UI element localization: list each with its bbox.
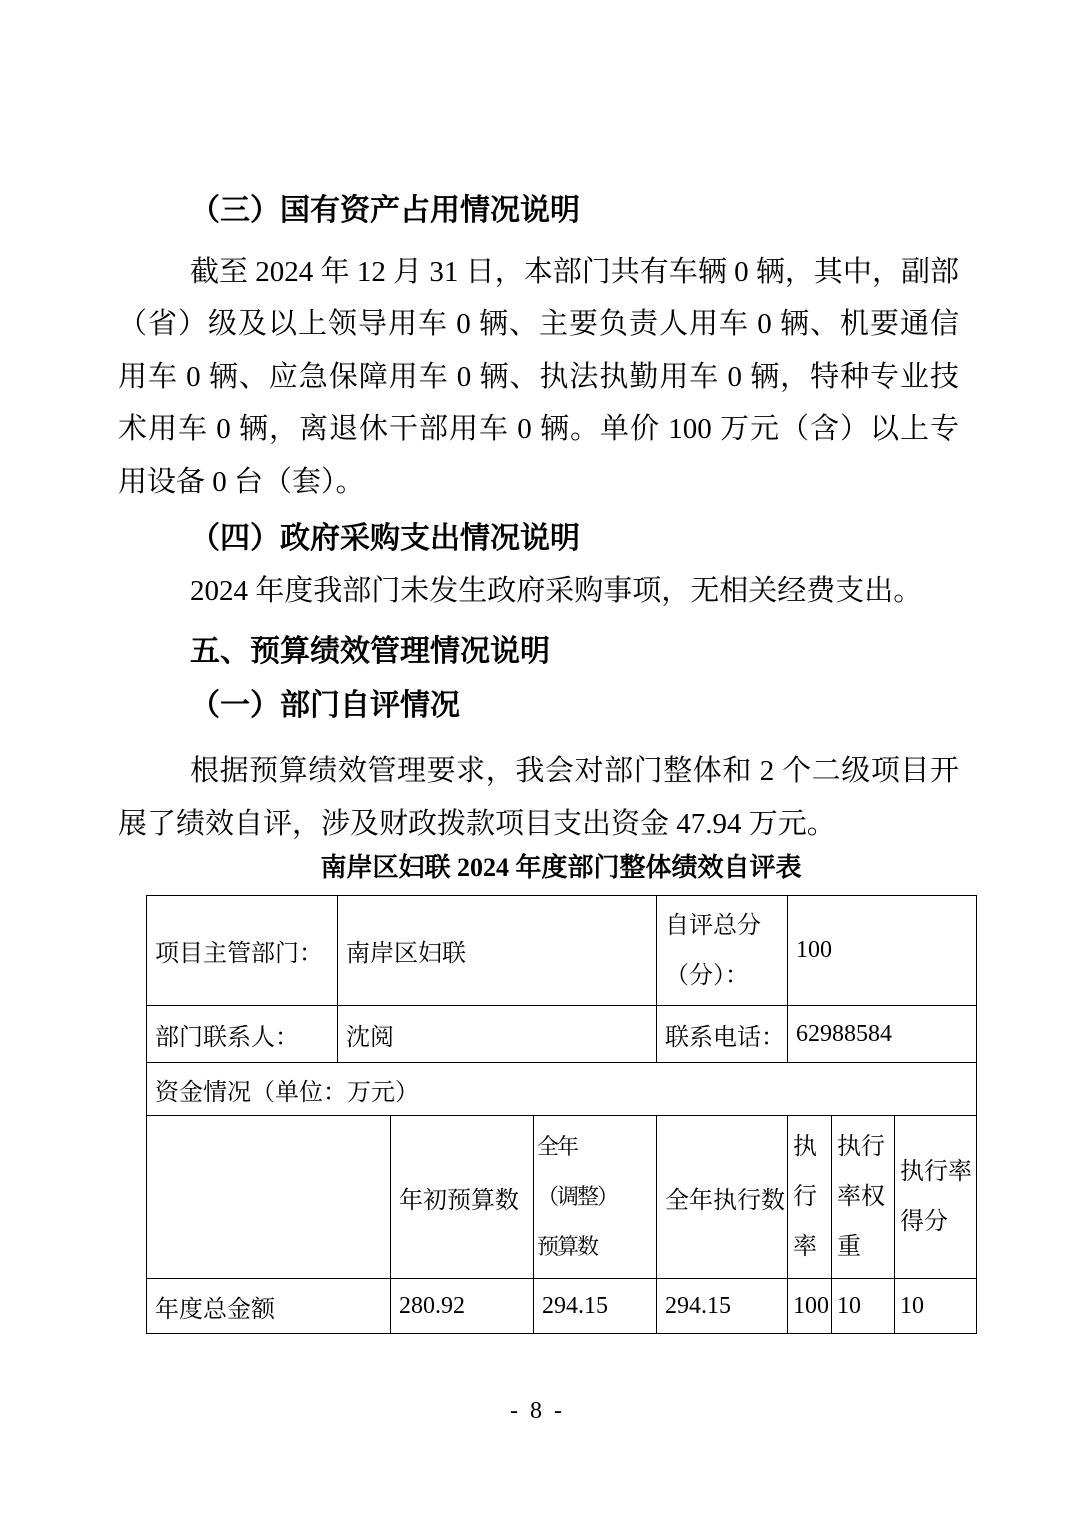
table-data-row: 年度总金额 280.92 294.15 294.15 100 10 10 <box>147 1279 977 1334</box>
self-evaluation-table: 项目主管部门： 南岸区妇联 自评总分 （分）： 100 部门联系人： 沈阅 联系… <box>146 895 977 1334</box>
paragraph-1-line-2: （省）级及以上领导用车 0 辆、主要负责人用车 0 辆、机要通信 <box>118 298 959 351</box>
paragraph-1-line-5: 用设备 0 台（套）。 <box>118 456 959 509</box>
annual-execution-rate: 100 <box>788 1279 832 1334</box>
table-header-row: 年初预算数 全年（调整） 预算数 全年执行数 执 行 率 执行 率权 重 执行率… <box>147 1116 977 1279</box>
header-execution-rate: 执 行 率 <box>788 1116 832 1279</box>
table-title: 南岸区妇联 2024 年度部门整体绩效自评表 <box>146 846 976 890</box>
paragraph-2-line-1: 2024 年度我部门未发生政府采购事项，无相关经费支出。 <box>118 565 959 618</box>
paragraph-1-line-3: 用车 0 辆、应急保障用车 0 辆、执法执勤用车 0 辆，特种专业技 <box>118 351 959 404</box>
phone-value: 62988584 <box>788 1006 977 1063</box>
self-score-label: 自评总分 （分）： <box>657 896 788 1006</box>
heading-section-3: （三）国有资产占用情况说明 <box>118 185 959 238</box>
body-text-column: （三）国有资产占用情况说明 截至 2024 年 12 月 31 日，本部门共有车… <box>118 185 959 850</box>
phone-label: 联系电话： <box>657 1006 788 1063</box>
table-row: 部门联系人： 沈阅 联系电话： 62988584 <box>147 1006 977 1063</box>
header-rate-weight: 执行 率权 重 <box>832 1116 895 1279</box>
header-rate-score: 执行率 得分 <box>895 1116 977 1279</box>
paragraph-3-line-2: 展了绩效自评，涉及财政拨款项目支出资金 47.94 万元。 <box>118 798 959 851</box>
annual-rate-weight: 10 <box>832 1279 895 1334</box>
contact-person-value: 沈阅 <box>338 1006 657 1063</box>
supervisor-dept-label: 项目主管部门： <box>147 896 338 1006</box>
heading-section-5: 五、预算绩效管理情况说明 <box>118 626 959 679</box>
paragraph-1-line-1: 截至 2024 年 12 月 31 日，本部门共有车辆 0 辆，其中，副部 <box>118 246 959 299</box>
annual-total-label: 年度总金额 <box>147 1279 391 1334</box>
self-score-value: 100 <box>788 896 977 1006</box>
heading-section-4: （四）政府采购支出情况说明 <box>118 513 959 566</box>
contact-person-label: 部门联系人： <box>147 1006 338 1063</box>
document-page: （三）国有资产占用情况说明 截至 2024 年 12 月 31 日，本部门共有车… <box>0 0 1075 1520</box>
supervisor-dept-value: 南岸区妇联 <box>338 896 657 1006</box>
heading-section-5-1: （一）部门自评情况 <box>118 680 959 733</box>
funds-section-label: 资金情况（单位：万元） <box>147 1063 977 1116</box>
table-row: 资金情况（单位：万元） <box>147 1063 977 1116</box>
header-empty-cell <box>147 1116 391 1279</box>
header-executed: 全年执行数 <box>657 1116 788 1279</box>
annual-adjusted-budget: 294.15 <box>534 1279 657 1334</box>
annual-rate-score: 10 <box>895 1279 977 1334</box>
annual-executed: 294.15 <box>657 1279 788 1334</box>
annual-initial-budget: 280.92 <box>391 1279 534 1334</box>
header-initial-budget: 年初预算数 <box>391 1116 534 1279</box>
paragraph-3-line-1: 根据预算绩效管理要求，我会对部门整体和 2 个二级项目开 <box>118 745 959 798</box>
table-row: 项目主管部门： 南岸区妇联 自评总分 （分）： 100 <box>147 896 977 1006</box>
paragraph-1-line-4: 术用车 0 辆，离退休干部用车 0 辆。单价 100 万元（含）以上专 <box>118 403 959 456</box>
header-adjusted-budget: 全年（调整） 预算数 <box>534 1116 657 1279</box>
page-number: - 8 - <box>0 1398 1075 1425</box>
